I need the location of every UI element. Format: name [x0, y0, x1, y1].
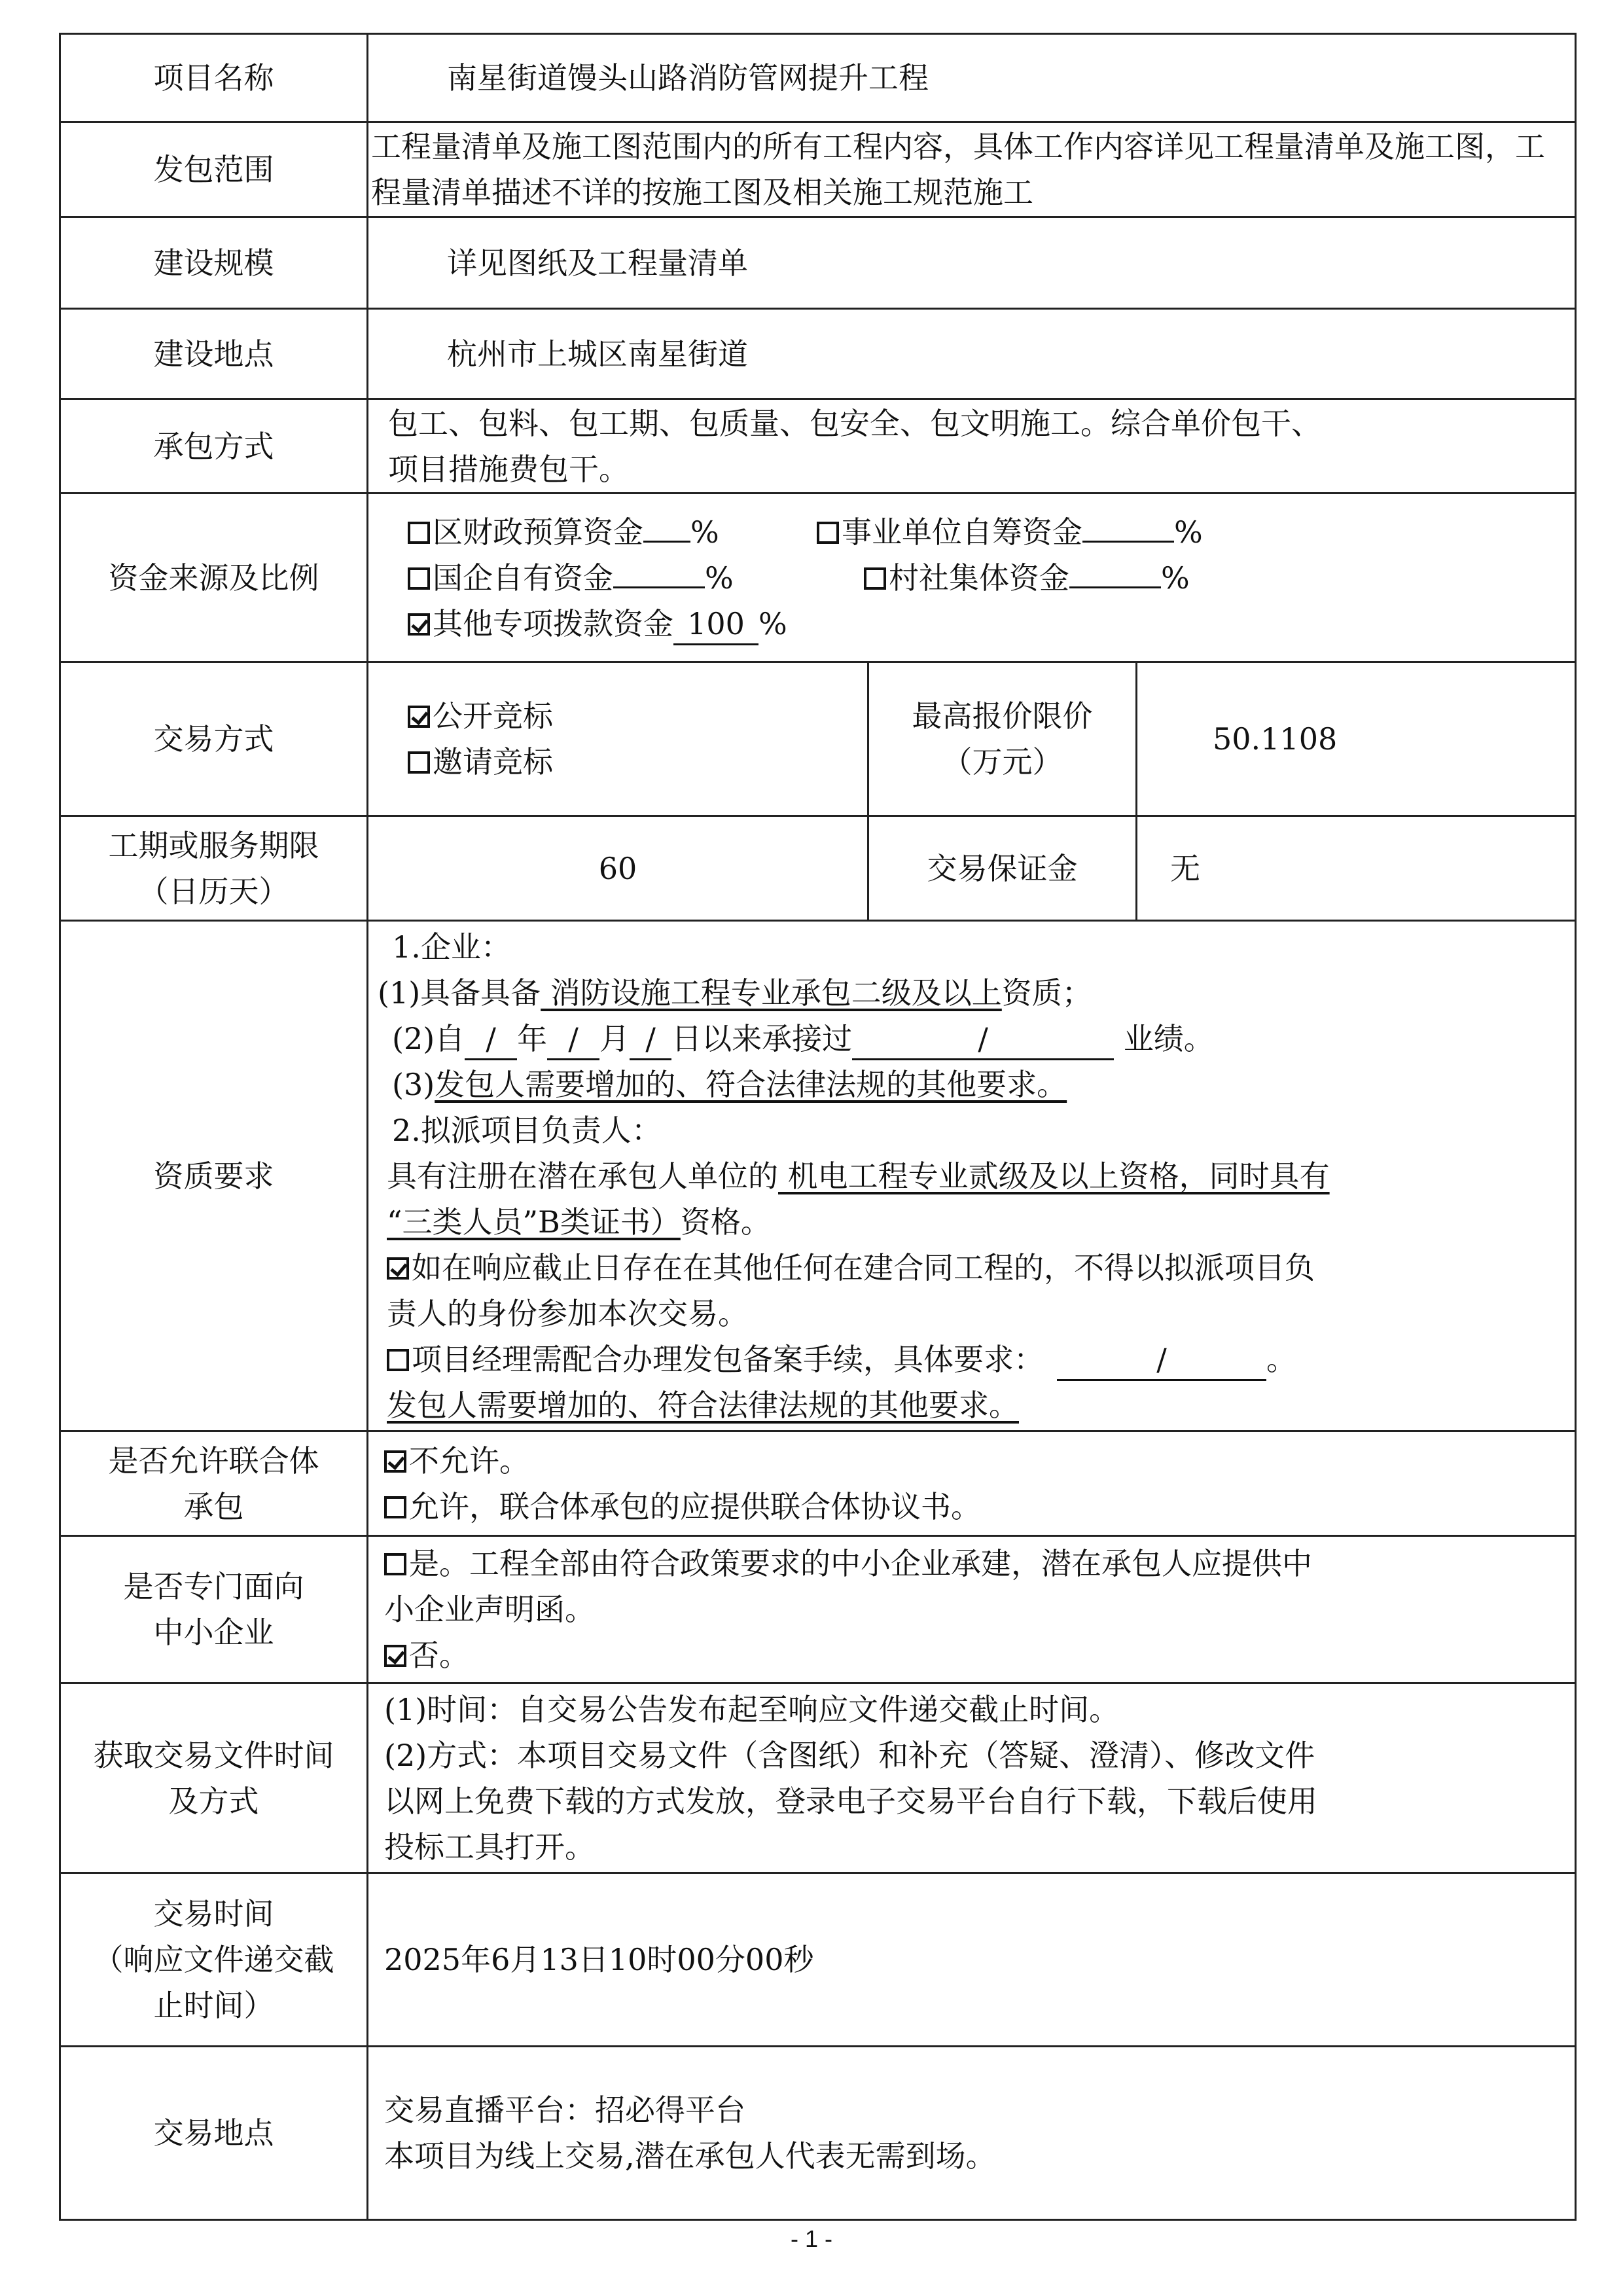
- label-trade-method: 交易方式: [60, 662, 368, 816]
- checkbox-special-allocation[interactable]: [408, 613, 430, 636]
- option-consortium-no: 不允许。: [384, 1438, 1565, 1484]
- label-project-name: 项目名称: [60, 34, 368, 122]
- label-scope: 发包范围: [60, 122, 368, 217]
- blank-month[interactable]: /: [547, 1019, 599, 1060]
- row-consortium: 是否允许联合体 承包 不允许。 允许，联合体承包的应提供联合体协议书。: [60, 1431, 1576, 1536]
- blank-day[interactable]: /: [630, 1019, 671, 1060]
- row-trade-method: 交易方式 公开竞标 邀请竞标 最高报价限价 （万元） 50.1108: [60, 662, 1576, 816]
- document-page: 项目名称 南星街道馒头山路消防管网提升工程 发包范围 工程量清单及施工图范围内的…: [59, 33, 1575, 2221]
- blank-special-allocation[interactable]: 100: [673, 604, 758, 645]
- label-trade-place: 交易地点: [60, 2047, 368, 2220]
- label-qualification: 资质要求: [60, 921, 368, 1431]
- checkbox-soe-own[interactable]: [408, 567, 430, 590]
- label-scale: 建设规模: [60, 217, 368, 309]
- label-funding: 资金来源及比例: [60, 493, 368, 662]
- contract-mode-line-2: 项目措施费包干。: [388, 446, 1565, 492]
- option-sme-yes: 是。工程全部由符合政策要求的中小企业承建，潜在承包人应提供中: [384, 1541, 1565, 1587]
- value-docs: (1)时间：自交易公告发布起至响应文件递交截止时间。 (2)方式：本项目交易文件…: [368, 1683, 1576, 1873]
- value-qualification: 1.企业： (1)具备具备 消防设施工程专业承包二级及以上资质； (2)自/年/…: [368, 921, 1576, 1431]
- row-trade-place: 交易地点 交易直播平台：招必得平台 本项目为线上交易,潜在承包人代表无需到场。: [60, 2047, 1576, 2220]
- page-number: - 1 -: [0, 2225, 1623, 2253]
- row-project-name: 项目名称 南星街道馒头山路消防管网提升工程: [60, 34, 1576, 122]
- value-project-name: 南星街道馒头山路消防管网提升工程: [368, 34, 1576, 122]
- label-sme: 是否专门面向 中小企业: [60, 1536, 368, 1683]
- checkbox-consortium-yes[interactable]: [384, 1496, 406, 1518]
- value-contract-mode: 包工、包料、包工期、包质量、包安全、包文明施工。综合单价包干、 项目措施费包干。: [368, 399, 1576, 493]
- project-info-table: 项目名称 南星街道馒头山路消防管网提升工程 发包范围 工程量清单及施工图范围内的…: [59, 33, 1577, 2221]
- value-consortium: 不允许。 允许，联合体承包的应提供联合体协议书。: [368, 1431, 1576, 1536]
- row-sme: 是否专门面向 中小企业 是。工程全部由符合政策要求的中小企业承建，潜在承包人应提…: [60, 1536, 1576, 1683]
- value-sme: 是。工程全部由符合政策要求的中小企业承建，潜在承包人应提供中 小企业声明函。 否…: [368, 1536, 1576, 1683]
- value-scope: 工程量清单及施工图范围内的所有工程内容，具体工作内容详见工程量清单及施工图，工程…: [368, 122, 1576, 217]
- row-funding: 资金来源及比例 区财政预算资金% 事业单位自筹资金% 国企自有资金% 村社集体资…: [60, 493, 1576, 662]
- value-trade-method: 公开竞标 邀请竞标: [368, 662, 868, 816]
- label-location: 建设地点: [60, 309, 368, 399]
- qual-pm-1b: “三类人员”B类证书）资格。: [378, 1199, 1565, 1245]
- funding-line-1: 区财政预算资金% 事业单位自筹资金%: [408, 509, 1565, 555]
- value-location: 杭州市上城区南星街道: [368, 309, 1576, 399]
- value-trade-time: 2025年6月13日10时00分00秒: [368, 1873, 1576, 2047]
- row-qualification: 资质要求 1.企业： (1)具备具备 消防设施工程专业承包二级及以上资质； (2…: [60, 921, 1576, 1431]
- label-consortium: 是否允许联合体 承包: [60, 1431, 368, 1536]
- checkbox-village-collective[interactable]: [864, 567, 886, 590]
- qual-pm-4: 发包人需要增加的、符合法律法规的其他要求。: [378, 1382, 1565, 1428]
- qual-enterprise-1: (1)具备具备 消防设施工程专业承包二级及以上资质；: [378, 970, 1565, 1016]
- checkbox-open-bid[interactable]: [408, 706, 430, 728]
- row-period: 工期或服务期限 （日历天） 60 交易保证金 无: [60, 816, 1576, 921]
- checkbox-institution-self-raised[interactable]: [817, 522, 839, 544]
- qual-pm-2b: 责人的身份参加本次交易。: [378, 1291, 1565, 1336]
- label-deposit: 交易保证金: [868, 816, 1137, 921]
- qual-pm-1a: 具有注册在潜在承包人单位的 机电工程专业贰级及以上资格，同时具有: [378, 1153, 1565, 1199]
- checkbox-sme-no[interactable]: [384, 1645, 406, 1667]
- blank-soe-own[interactable]: [613, 586, 705, 588]
- option-sme-no: 否。: [384, 1632, 1565, 1678]
- label-trade-time: 交易时间 （响应文件递交截 止时间）: [60, 1873, 368, 2047]
- value-funding: 区财政预算资金% 事业单位自筹资金% 国企自有资金% 村社集体资金% 其他专项拨…: [368, 493, 1576, 662]
- option-invited-bid: 邀请竞标: [408, 739, 858, 785]
- blank-year[interactable]: /: [465, 1019, 517, 1060]
- qual-pm-title: 2.拟派项目负责人：: [378, 1107, 1565, 1153]
- checkbox-invited-bid[interactable]: [408, 751, 430, 774]
- label-docs: 获取交易文件时间 及方式: [60, 1683, 368, 1873]
- qual-enterprise-3: (3)发包人需要增加的、符合法律法规的其他要求。: [378, 1062, 1565, 1107]
- funding-line-3: 其他专项拨款资金100%: [408, 601, 1565, 647]
- qual-enterprise-2: (2)自/年/月/日以来承接过/ 业绩。: [378, 1016, 1565, 1062]
- row-scale: 建设规模 详见图纸及工程量清单: [60, 217, 1576, 309]
- option-consortium-yes: 允许，联合体承包的应提供联合体协议书。: [384, 1484, 1565, 1530]
- option-open-bid: 公开竞标: [408, 693, 858, 739]
- row-trade-time: 交易时间 （响应文件递交截 止时间） 2025年6月13日10时00分00秒: [60, 1873, 1576, 2047]
- blank-filing-requirement[interactable]: /: [1057, 1340, 1266, 1381]
- value-max-price: 50.1108: [1137, 662, 1576, 816]
- checkbox-consortium-no[interactable]: [384, 1450, 406, 1473]
- row-scope: 发包范围 工程量清单及施工图范围内的所有工程内容，具体工作内容详见工程量清单及施…: [60, 122, 1576, 217]
- checkbox-district-budget[interactable]: [408, 522, 430, 544]
- value-period: 60: [368, 816, 868, 921]
- qual-pm-2: 如在响应截止日存在在其他任何在建合同工程的，不得以拟派项目负: [378, 1245, 1565, 1291]
- row-location: 建设地点 杭州市上城区南星街道: [60, 309, 1576, 399]
- funding-line-2: 国企自有资金% 村社集体资金%: [408, 555, 1565, 601]
- label-max-price: 最高报价限价 （万元）: [868, 662, 1137, 816]
- checkbox-pm-filing[interactable]: [387, 1349, 409, 1371]
- qual-enterprise-title: 1.企业：: [378, 924, 1565, 970]
- value-trade-place: 交易直播平台：招必得平台 本项目为线上交易,潜在承包人代表无需到场。: [368, 2047, 1576, 2220]
- checkbox-sme-yes[interactable]: [384, 1553, 406, 1575]
- row-contract-mode: 承包方式 包工、包料、包工期、包质量、包安全、包文明施工。综合单价包干、 项目措…: [60, 399, 1576, 493]
- checkbox-pm-no-concurrent[interactable]: [387, 1257, 409, 1280]
- blank-performance[interactable]: /: [852, 1019, 1114, 1060]
- value-scale: 详见图纸及工程量清单: [368, 217, 1576, 309]
- blank-district-budget[interactable]: [643, 541, 690, 543]
- label-period: 工期或服务期限 （日历天）: [60, 816, 368, 921]
- blank-institution-self-raised[interactable]: [1082, 541, 1174, 543]
- label-contract-mode: 承包方式: [60, 399, 368, 493]
- value-deposit: 无: [1137, 816, 1576, 921]
- row-docs: 获取交易文件时间 及方式 (1)时间：自交易公告发布起至响应文件递交截止时间。 …: [60, 1683, 1576, 1873]
- blank-village-collective[interactable]: [1069, 586, 1161, 588]
- qual-pm-3: 项目经理需配合办理发包备案手续，具体要求：/。: [378, 1336, 1565, 1382]
- contract-mode-line-1: 包工、包料、包工期、包质量、包安全、包文明施工。综合单价包干、: [388, 401, 1565, 446]
